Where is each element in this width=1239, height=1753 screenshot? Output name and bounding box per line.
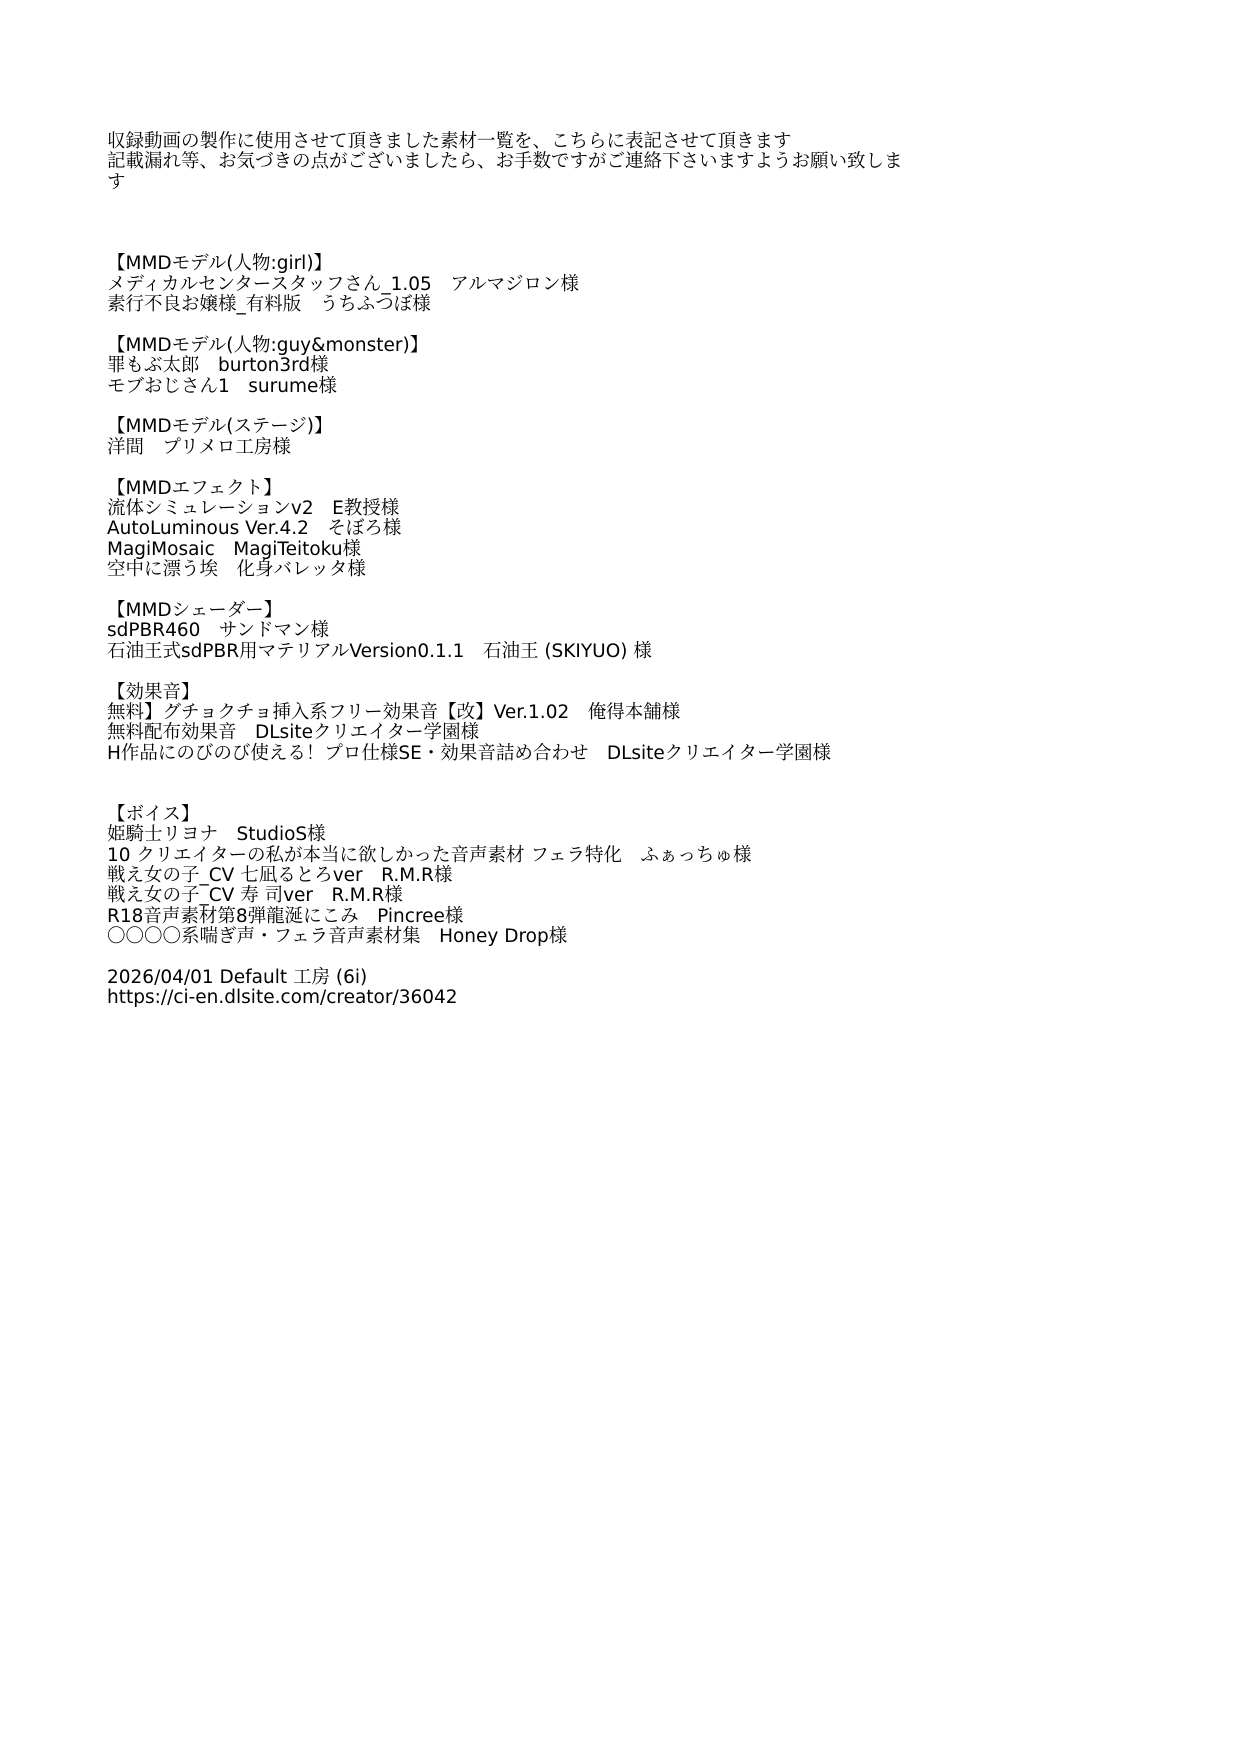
section-mmd-effect: 【MMDエフェクト】 流体シミュレーションv2 E教授様 AutoLuminou…: [107, 479, 1107, 581]
section-heading: 【MMDモデル(人物:guy&monster)】: [107, 336, 1107, 356]
credit-item: 姫騎士リヨナ StudioS様: [107, 825, 1107, 845]
credit-item: モブおじさん1 surume様: [107, 377, 1107, 397]
intro-line-1: 収録動画の製作に使用させて頂きました素材一覧を、こちらに表記させて頂きます: [107, 132, 1107, 152]
section-heading: 【MMDモデル(人物:girl)】: [107, 254, 1107, 274]
credit-item: 流体シミュレーションv2 E教授様: [107, 499, 1107, 519]
credit-item: 10 クリエイターの私が本当に欲しかった音声素材 フェラ特化 ふぁっちゅ様: [107, 846, 1107, 866]
credit-item: 無料】グチョクチョ挿入系フリー効果音【改】Ver.1.02 俺得本舗様: [107, 703, 1107, 723]
section-mmd-shader: 【MMDシェーダー】 sdPBR460 サンドマン様 石油王式sdPBR用マテリ…: [107, 601, 1107, 662]
spacer: [107, 458, 1107, 478]
spacer: [107, 581, 1107, 601]
credit-item: 戦え女の子_CV 七凪るとろver R.M.R様: [107, 866, 1107, 886]
section-heading: 【MMDエフェクト】: [107, 479, 1107, 499]
credit-item: 石油王式sdPBR用マテリアルVersion0.1.1 石油王 (SKIYUO)…: [107, 642, 1107, 662]
credits-document: 収録動画の製作に使用させて頂きました素材一覧を、こちらに表記させて頂きます 記載…: [107, 132, 1107, 1009]
section-mmd-model-guy-monster: 【MMDモデル(人物:guy&monster)】 罪もぶ太郎 burton3rd…: [107, 336, 1107, 397]
spacer: [107, 948, 1107, 968]
credit-item: 〇〇〇〇系喘ぎ声・フェラ音声素材集 Honey Drop様: [107, 927, 1107, 947]
credit-item: 素行不良お嬢様_有料版 うちふつぼ様: [107, 295, 1107, 315]
spacer: [107, 316, 1107, 336]
footer-block: 2026/04/01 Default 工房 (6i) https://ci-en…: [107, 968, 1107, 1009]
footer-date-line: 2026/04/01 Default 工房 (6i): [107, 968, 1107, 988]
credit-item: 空中に漂う埃 化身バレッタ様: [107, 560, 1107, 580]
credit-item: H作品にのびのび使える！プロ仕様SE・効果音詰め合わせ DLsiteクリエイター…: [107, 744, 1107, 764]
spacer: [107, 662, 1107, 682]
credit-item: 無料配布効果音 DLsiteクリエイター学園様: [107, 723, 1107, 743]
credit-item: メディカルセンタースタッフさん_1.05 アルマジロン様: [107, 275, 1107, 295]
credit-item: R18音声素材第8弾龍涎にこみ Pincree様: [107, 907, 1107, 927]
section-heading: 【MMDモデル(ステージ)】: [107, 417, 1107, 437]
credit-item: sdPBR460 サンドマン様: [107, 621, 1107, 641]
credit-item: 戦え女の子_CV 寿 司ver R.M.R様: [107, 886, 1107, 906]
section-mmd-model-girl: 【MMDモデル(人物:girl)】 メディカルセンタースタッフさん_1.05 ア…: [107, 254, 1107, 315]
credit-item: MagiMosaic MagiTeitoku様: [107, 540, 1107, 560]
section-heading: 【ボイス】: [107, 805, 1107, 825]
credit-item: 洋間 プリメロ工房様: [107, 438, 1107, 458]
section-mmd-model-stage: 【MMDモデル(ステージ)】 洋間 プリメロ工房様: [107, 417, 1107, 458]
spacer: [107, 764, 1107, 805]
spacer: [107, 397, 1107, 417]
section-sound-effects: 【効果音】 無料】グチョクチョ挿入系フリー効果音【改】Ver.1.02 俺得本舗…: [107, 683, 1107, 765]
credit-item: AutoLuminous Ver.4.2 そぼろ様: [107, 519, 1107, 539]
intro-line-2: 記載漏れ等、お気づきの点がございましたら、お手数ですがご連絡下さいますようお願い…: [107, 152, 1107, 172]
intro-block: 収録動画の製作に使用させて頂きました素材一覧を、こちらに表記させて頂きます 記載…: [107, 132, 1107, 193]
spacer: [107, 193, 1107, 254]
section-heading: 【効果音】: [107, 683, 1107, 703]
credit-item: 罪もぶ太郎 burton3rd様: [107, 356, 1107, 376]
section-heading: 【MMDシェーダー】: [107, 601, 1107, 621]
section-voice: 【ボイス】 姫騎士リヨナ StudioS様 10 クリエイターの私が本当に欲しか…: [107, 805, 1107, 948]
footer-url: https://ci-en.dlsite.com/creator/36042: [107, 988, 1107, 1008]
intro-line-2-wrap: す: [107, 173, 1107, 193]
